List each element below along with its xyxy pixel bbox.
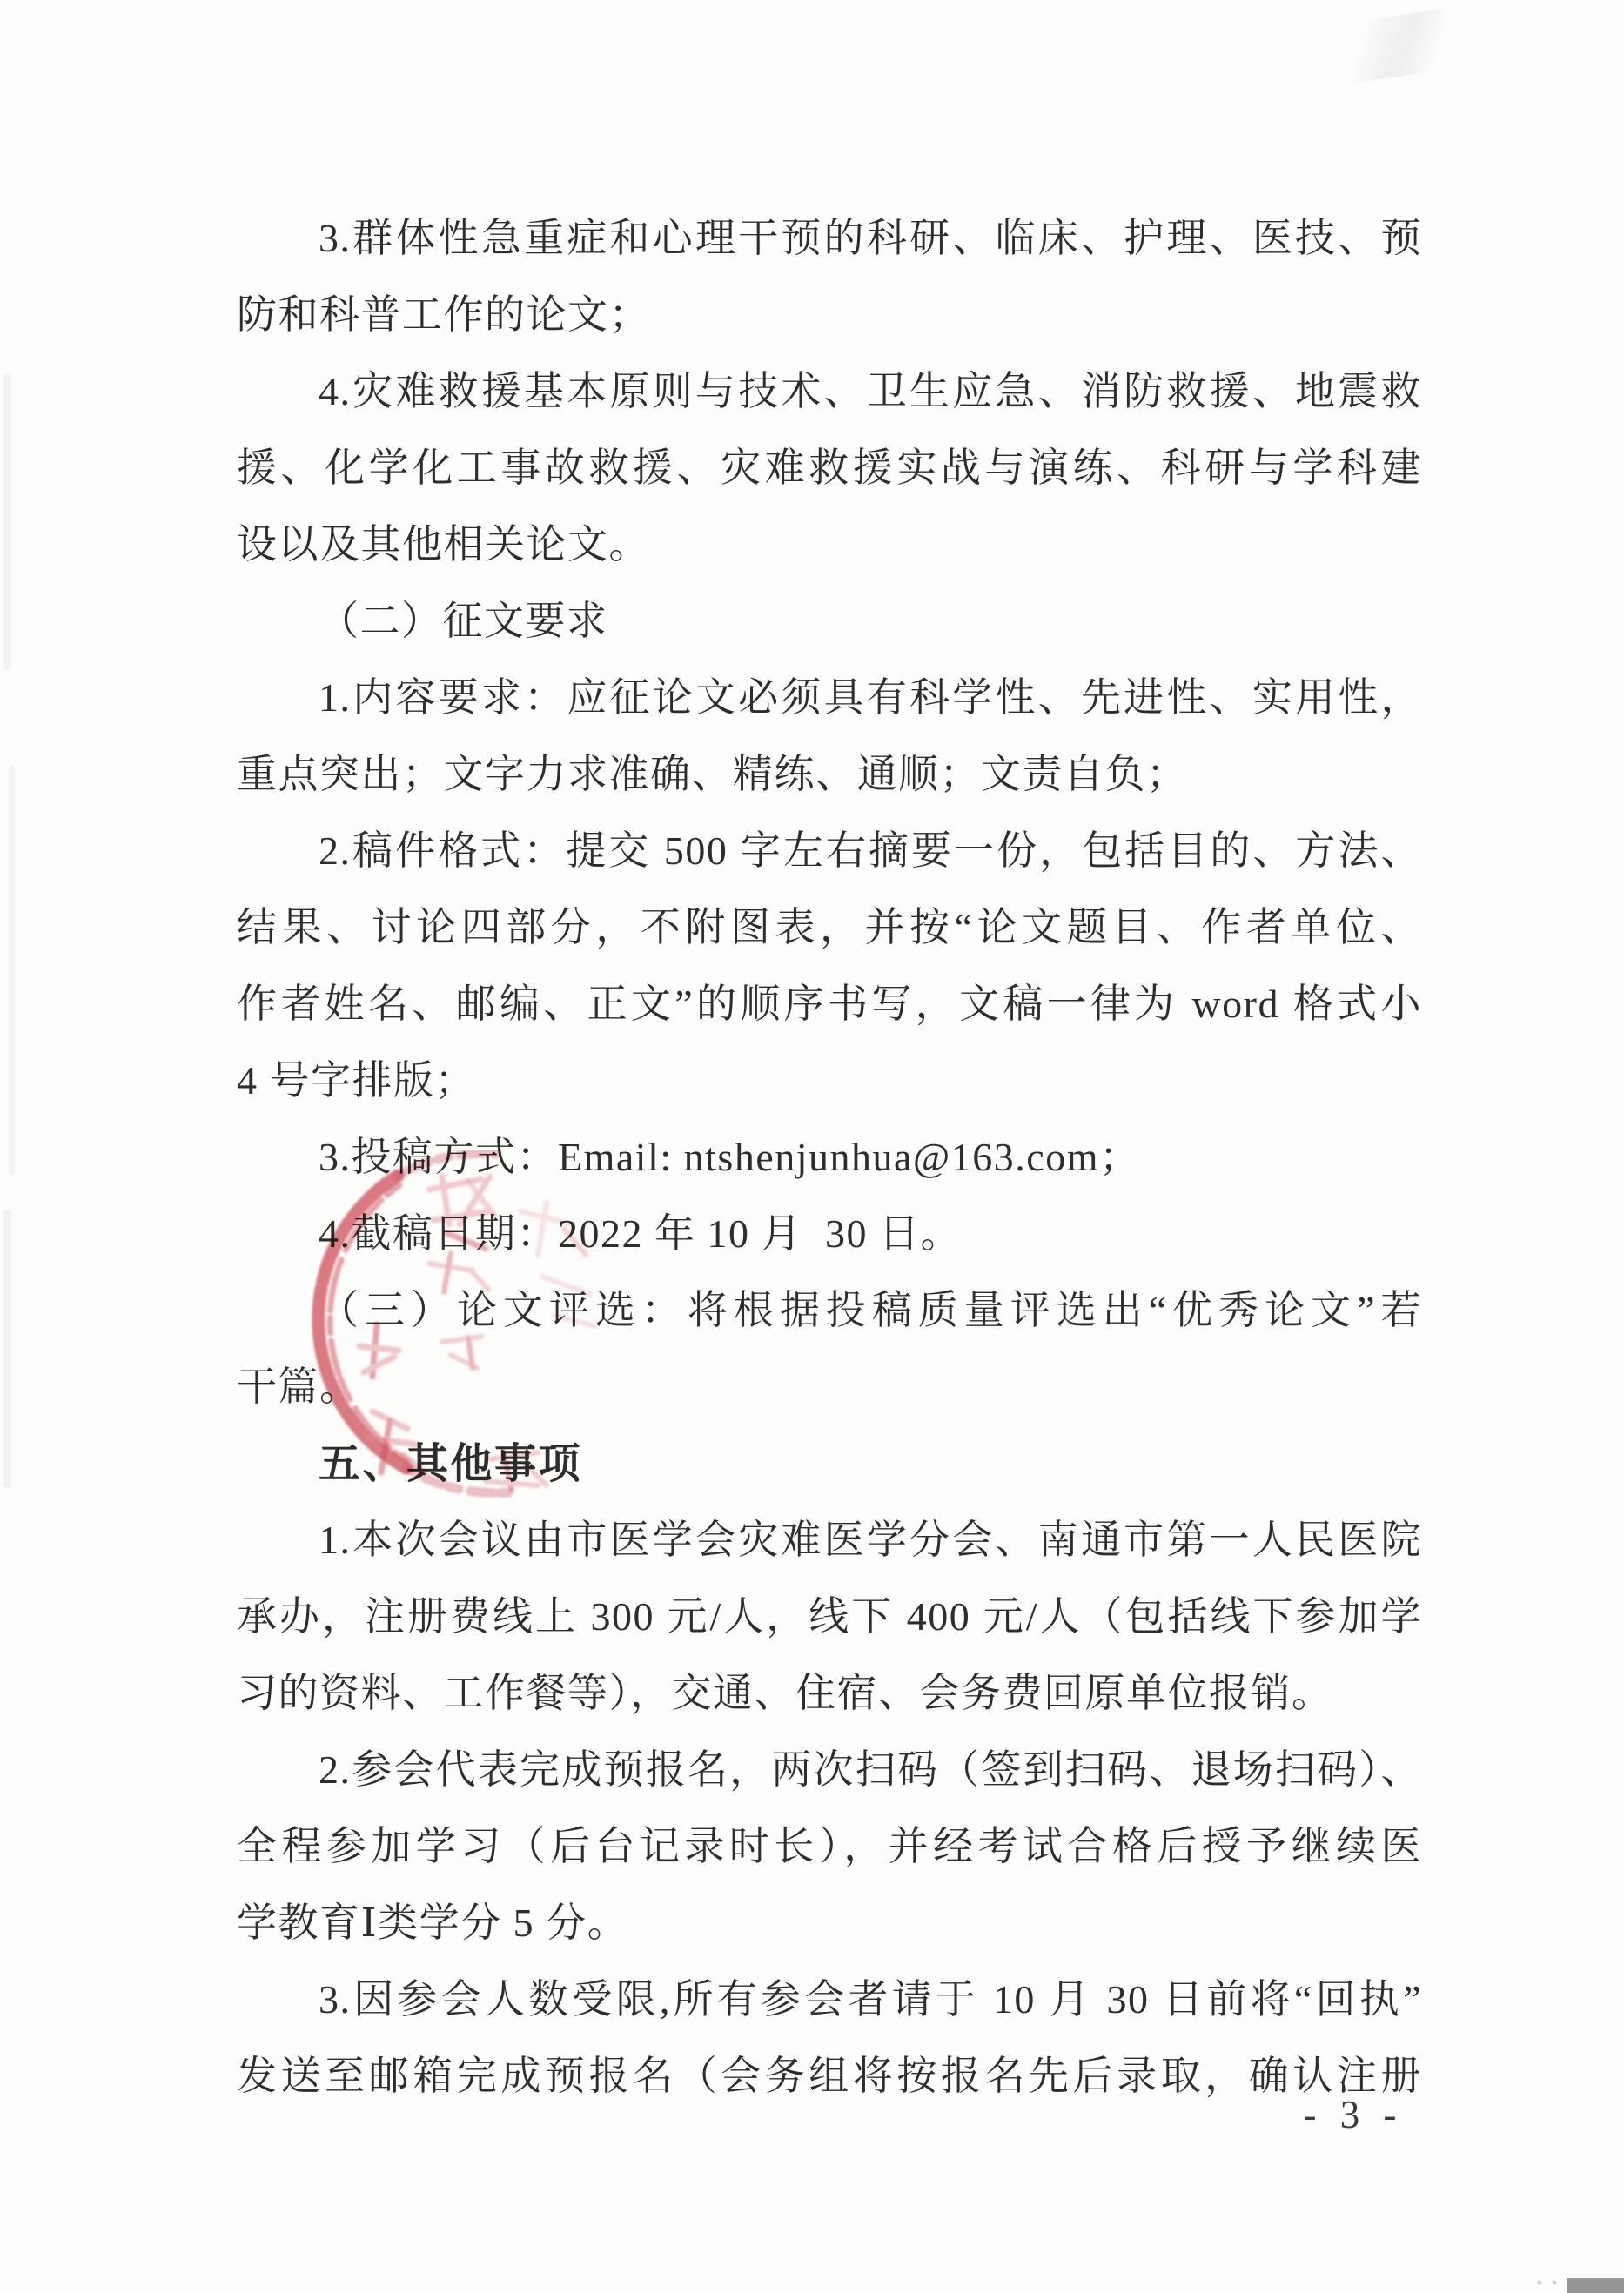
text-line: 1.内容要求：应征论文必须具有科学性、先进性、实用性，	[237, 660, 1422, 736]
text-line: 结果、讨论四部分，不附图表，并按“论文题目、作者单位、	[237, 889, 1422, 966]
text-line: 作者姓名、邮编、正文”的顺序书写，文稿一律为 word 格式小	[237, 966, 1422, 1043]
scan-dots-bottom-right	[1537, 2279, 1560, 2286]
text-line: 学教育Ⅰ类学分 5 分。	[237, 1885, 1422, 1961]
text-line: 2.参会代表完成预报名，两次扫码（签到扫码、退场扫码）、	[237, 1732, 1422, 1808]
document-page: 3.群体性急重症和心理干预的科研、临床、护理、医技、预防和科普工作的论文；4.灾…	[0, 0, 1624, 2293]
section-heading: 五、其他事项	[237, 1425, 1422, 1502]
scan-streak	[3, 374, 11, 670]
text-line: 3.因参会人数受限,所有参会者请于 10 月 30 日前将“回执”	[237, 1961, 1422, 2038]
text-line: 2.稿件格式：提交 500 字左右摘要一份，包括目的、方法、	[237, 813, 1422, 889]
scan-smudge-top-right	[1302, 3, 1492, 90]
scan-artifact-corner-box	[1567, 2278, 1624, 2293]
text-line: 习的资料、工作餐等），交通、住宿、会务费回原单位报销。	[237, 1655, 1422, 1732]
text-line: 3.投稿方式：Email: ntshenjunhua@163.com；	[237, 1119, 1422, 1196]
text-line: （三）论文评选：将根据投稿质量评选出“优秀论文”若	[237, 1272, 1422, 1349]
text-line: 4.灾难救援基本原则与技术、卫生应急、消防救援、地震救	[237, 353, 1422, 430]
text-line: 发送至邮箱完成预报名（会务组将按报名先后录取，确认注册	[237, 2038, 1422, 2115]
text-line: 设以及其他相关论文。	[237, 506, 1422, 583]
text-line: 4 号字排版；	[237, 1043, 1422, 1119]
text-line: 全程参加学习（后台记录时长），并经考试合格后授予继续医	[237, 1808, 1422, 1885]
document-text-block: 3.群体性急重症和心理干预的科研、临床、护理、医技、预防和科普工作的论文；4.灾…	[237, 200, 1422, 2115]
text-line: （二）征文要求	[237, 583, 1422, 660]
text-line: 3.群体性急重症和心理干预的科研、临床、护理、医技、预	[237, 200, 1422, 277]
text-line: 防和科普工作的论文；	[237, 277, 1422, 353]
scan-streak	[3, 1210, 11, 1488]
scan-streak	[9, 766, 15, 1175]
page-number: - 3 -	[1253, 2092, 1453, 2137]
text-line: 4.截稿日期：2022 年 10 月 30 日。	[237, 1196, 1422, 1272]
text-line: 干篇。	[237, 1349, 1422, 1425]
text-line: 承办，注册费线上 300 元/人，线下 400 元/人（包括线下参加学	[237, 1579, 1422, 1655]
text-line: 1.本次会议由市医学会灾难医学分会、南通市第一人民医院	[237, 1502, 1422, 1579]
text-line: 重点突出；文字力求准确、精练、通顺；文责自负；	[237, 736, 1422, 813]
text-line: 援、化学化工事故救援、灾难救援实战与演练、科研与学科建	[237, 430, 1422, 506]
